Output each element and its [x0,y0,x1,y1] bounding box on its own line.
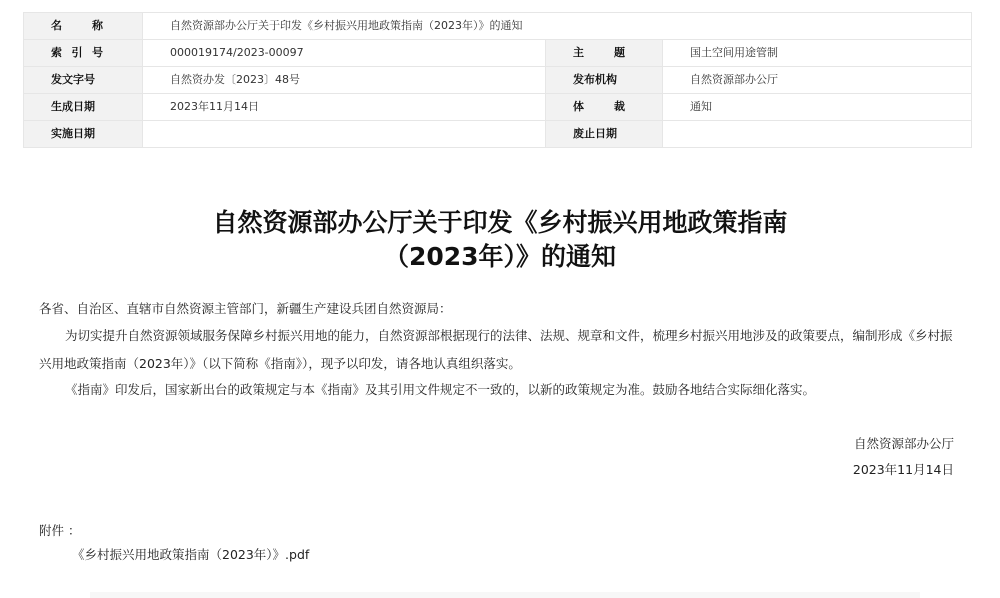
label-repeal-date: 废止日期 [546,121,663,148]
label-genre: 体裁 [546,94,663,121]
attachment-label: 附件 ： [39,518,80,544]
value-doc-number: 自然资办发〔2023〕48号 [143,67,546,94]
value-created-date: 2023年11月14日 [143,94,546,121]
signer: 自然资源部办公厅 [854,430,954,458]
meta-row-name: 名称 自然资源部办公厅关于印发《乡村振兴用地政策指南（2023年）》的通知 [24,13,972,40]
document-metadata-table: 名称 自然资源部办公厅关于印发《乡村振兴用地政策指南（2023年）》的通知 索引… [23,12,972,148]
label-doc-number: 发文字号 [24,67,143,94]
label-effective-date: 实施日期 [24,121,143,148]
meta-row-doc-number: 发文字号 自然资办发〔2023〕48号 发布机构 自然资源部办公厅 [24,67,972,94]
salutation: 各省、自治区、直辖市自然资源主管部门，新疆生产建设兵团自然资源局： [39,295,959,323]
value-subject: 国土空间用途管制 [663,40,972,67]
body-paragraph-1: 为切实提升自然资源领域服务保障乡村振兴用地的能力，自然资源部根据现行的法律、法规… [39,322,959,378]
body-paragraph-2: 《指南》印发后，国家新出台的政策规定与本《指南》及其引用文件规定不一致的，以新的… [39,376,959,404]
footer-divider [90,592,920,598]
value-name: 自然资源部办公厅关于印发《乡村振兴用地政策指南（2023年）》的通知 [143,13,972,40]
label-index-number: 索引号 [24,40,143,67]
value-repeal-date [663,121,972,148]
meta-row-index: 索引号 000019174/2023-00097 主题 国土空间用途管制 [24,40,972,67]
label-publisher: 发布机构 [546,67,663,94]
document-title: 自然资源部办公厅关于印发《乡村振兴用地政策指南 （2023年）》的通知 [0,206,1000,274]
sign-date: 2023年11月14日 [853,456,954,484]
value-effective-date [143,121,546,148]
value-index-number: 000019174/2023-00097 [143,40,546,67]
meta-row-effective: 实施日期 废止日期 [24,121,972,148]
meta-row-created: 生成日期 2023年11月14日 体裁 通知 [24,94,972,121]
attachment-link[interactable]: 《乡村振兴用地政策指南（2023年）》.pdf [72,542,309,568]
label-subject: 主题 [546,40,663,67]
value-genre: 通知 [663,94,972,121]
label-created-date: 生成日期 [24,94,143,121]
value-publisher: 自然资源部办公厅 [663,67,972,94]
label-name: 名称 [24,13,143,40]
